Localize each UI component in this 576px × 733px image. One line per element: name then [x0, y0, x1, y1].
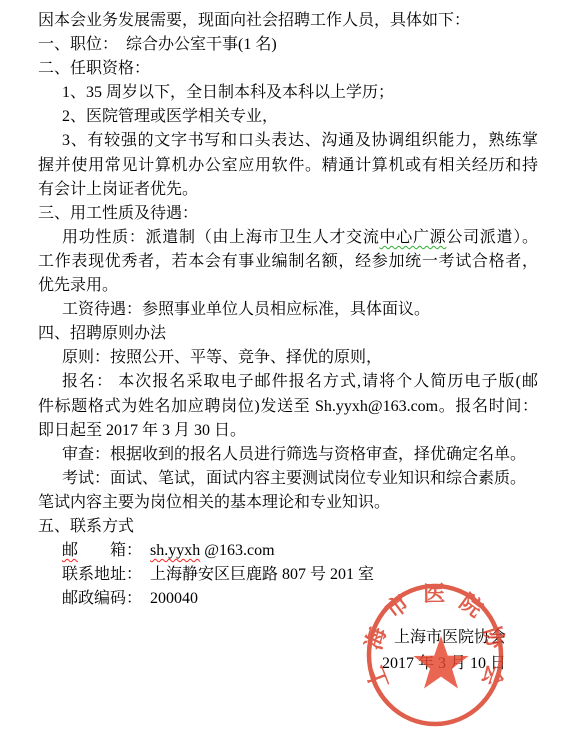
text-segment: 2、医院管理或医学相关专业，: [62, 108, 278, 125]
document-line: 审查：根据收到的报名人员进行筛选与资格审查，择优确定名单。: [38, 443, 538, 467]
text-segment: 即日起至 2017 年 3 月 30 日。: [38, 422, 246, 439]
text-segment: 用功性质：派遣制（由上海市卫生人才交流: [62, 229, 380, 246]
document-line: 工资待遇：参照事业单位人员相应标准，具体面议。: [38, 298, 538, 322]
text-segment: 公司派遣）。: [446, 229, 538, 246]
text-segment: 笔试内容主要为岗位相关的基本理论和专业知识。: [38, 494, 390, 511]
document-line: 用功性质：派遣制（由上海市卫生人才交流中心广源公司派遣）。: [38, 226, 538, 250]
text-segment: 工资待遇：参照事业单位人员相应标准，具体面议。: [62, 301, 430, 318]
document-body: 因本会业务发展需要，现面向社会招聘工作人员，具体如下：一、职位： 综合办公室干事…: [38, 9, 538, 611]
document-line: 报名： 本次报名采取电子邮件报名方式,请将个人简历电子版(邮: [38, 370, 538, 394]
text-segment: 三、用工性质及待遇：: [38, 205, 198, 222]
document-page: 因本会业务发展需要，现面向社会招聘工作人员，具体如下：一、职位： 综合办公室干事…: [0, 0, 576, 733]
text-segment: 报名： 本次报名采取电子邮件报名方式,请将个人简历电子版(邮: [62, 373, 538, 390]
text-segment: 一、职位： 综合办公室干事(1 名): [38, 36, 277, 53]
document-line: 五、联系方式: [38, 515, 538, 539]
text-segment: 件标题格式为姓名加应聘岗位)发送至 Sh.yyxh@163.com。报名时间：: [38, 398, 538, 415]
spellcheck-red-squiggle: 邮: [62, 542, 78, 559]
text-segment: 箱：: [110, 542, 150, 559]
document-line: 因本会业务发展需要，现面向社会招聘工作人员，具体如下：: [38, 9, 538, 33]
document-line: 四、招聘原则办法: [38, 322, 538, 346]
document-line: 2、医院管理或医学相关专业，: [38, 105, 538, 129]
document-line: 握并使用常见计算机办公室应用软件。精通计算机或有相关经历和持: [38, 154, 538, 178]
text-segment: 审查：根据收到的报名人员进行筛选与资格审查，择优确定名单。: [62, 446, 526, 463]
document-line: 件标题格式为姓名加应聘岗位)发送至 Sh.yyxh@163.com。报名时间：: [38, 395, 538, 419]
text-segment: 考试：面试、笔试，面试内容主要测试岗位专业知识和综合素质。: [62, 470, 526, 487]
text-segment: 因本会业务发展需要，现面向社会招聘工作人员，具体如下：: [38, 12, 470, 29]
document-line: 一、职位： 综合办公室干事(1 名): [38, 33, 538, 57]
document-line: 1、35 周岁以下，全日制本科及本科以上学历；: [38, 81, 538, 105]
document-line: 工作表现优秀者，若本会有事业编制名额，经参加统一考试合格者，: [38, 250, 538, 274]
text-segment: 3、有较强的文字书写和口头表达、沟通及协调组织能力，熟练掌: [62, 132, 538, 149]
spellcheck-red-squiggle: sh.yyxh: [150, 542, 200, 559]
text-segment: 1、35 周岁以下，全日制本科及本科以上学历；: [62, 84, 394, 101]
text-segment: 联系地址： 上海静安区巨鹿路 807 号 201 室: [62, 566, 374, 583]
document-line: 3、有较强的文字书写和口头表达、沟通及协调组织能力，熟练掌: [38, 129, 538, 153]
document-line: 优先录用。: [38, 274, 538, 298]
text-segment: 邮政编码： 200040: [62, 590, 198, 607]
document-line: 二、任职资格：: [38, 57, 538, 81]
text-segment: 握并使用常见计算机办公室应用软件。精通计算机或有相关经历和持: [38, 157, 538, 174]
text-segment: 有会计上岗证者优先。: [38, 181, 198, 198]
signature-org: 上海市医院协会: [394, 626, 506, 650]
text-segment: 原则：按照公开、平等、竞争、择优的原则，: [62, 349, 382, 366]
spellcheck-green-squiggle: 中心广源: [380, 229, 447, 246]
document-line: 即日起至 2017 年 3 月 30 日。: [38, 419, 538, 443]
document-line: 笔试内容主要为岗位相关的基本理论和专业知识。: [38, 491, 538, 515]
document-line: 邮政编码： 200040: [38, 587, 538, 611]
document-line: 原则：按照公开、平等、竞争、择优的原则，: [38, 346, 538, 370]
document-line: 考试：面试、笔试，面试内容主要测试岗位专业知识和综合素质。: [38, 467, 538, 491]
document-line: 邮 箱： sh.yyxh @163.com: [38, 539, 538, 563]
document-line: 三、用工性质及待遇：: [38, 202, 538, 226]
text-segment: 优先录用。: [38, 277, 118, 294]
text-segment: [78, 542, 110, 559]
document-line: 联系地址： 上海静安区巨鹿路 807 号 201 室: [38, 563, 538, 587]
text-segment: 二、任职资格：: [38, 60, 150, 77]
text-segment: 四、招聘原则办法: [38, 325, 166, 342]
text-segment: 工作表现优秀者，若本会有事业编制名额，经参加统一考试合格者，: [38, 253, 538, 270]
text-segment: @163.com: [200, 542, 274, 559]
text-segment: 五、联系方式: [38, 518, 134, 535]
signature-date: 2017 年 3 月 10 日: [382, 652, 506, 676]
document-line: 有会计上岗证者优先。: [38, 178, 538, 202]
